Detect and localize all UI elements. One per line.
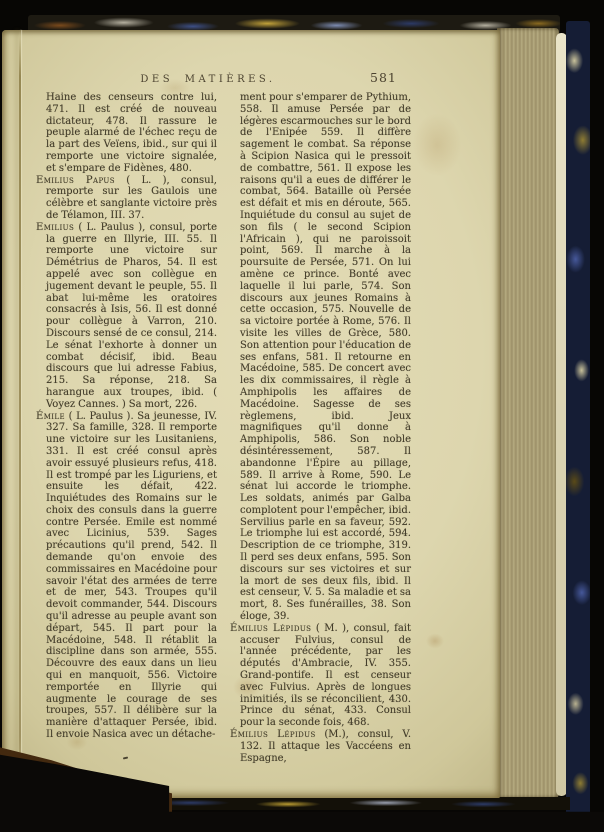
- running-title: DES MATIÈRES.: [2, 74, 414, 85]
- entry-headword: Émilius Lépidus: [230, 623, 311, 634]
- entry-text: ment pour s'emparer de Pythium, 558. Il …: [240, 92, 411, 622]
- book-fore-edge-pages: [497, 28, 559, 798]
- foxing-stain: [422, 630, 448, 652]
- index-entry: Emilius ( L. Paulus ), consul, porte la …: [36, 222, 217, 411]
- entry-headword: Émile: [36, 411, 65, 422]
- entry-text: ( M. ), consul, fait accuser Fulvius, co…: [240, 623, 411, 728]
- entry-headword: Emilius: [36, 222, 74, 233]
- index-column-left: Haine des censeurs contre lui, 471. Il e…: [36, 92, 217, 741]
- foxing-stain: [402, 100, 472, 190]
- index-column-right: ment pour s'emparer de Pythium, 558. Il …: [230, 92, 411, 764]
- page-gutter-crease: [19, 30, 21, 798]
- entry-text: ( L. Paulus ), consul, porte la guerre e…: [46, 222, 217, 410]
- entry-text: ( L. Paulus ). Sa jeunesse, IV. 327. Sa …: [46, 411, 217, 741]
- index-entry: Émilius Lépidus (M.), consul, V. 132. Il…: [230, 729, 411, 764]
- page-number: 581: [370, 70, 397, 85]
- ink-mark: [123, 757, 128, 760]
- index-entry: Haine des censeurs contre lui, 471. Il e…: [36, 92, 217, 175]
- entry-text: Haine des censeurs contre lui, 471. Il e…: [46, 92, 217, 174]
- index-entry: Emilius Papus ( L. ), consul, remporte s…: [36, 175, 217, 222]
- marbled-endpaper-right: [566, 21, 590, 815]
- book-photograph: { "palette": { "paper": "#ddd6ae", "ink"…: [0, 0, 604, 832]
- index-entry: Émile ( L. Paulus ). Sa jeunesse, IV. 32…: [36, 411, 217, 741]
- index-entry: ment pour s'emparer de Pythium, 558. Il …: [230, 92, 411, 623]
- index-entry: Émilius Lépidus ( M. ), consul, fait acc…: [230, 623, 411, 729]
- book-page: DES MATIÈRES. 581 Haine des censeurs con…: [2, 30, 500, 798]
- entry-headword: Émilius Lépidus: [230, 729, 316, 740]
- entry-headword: Emilius Papus: [36, 175, 115, 186]
